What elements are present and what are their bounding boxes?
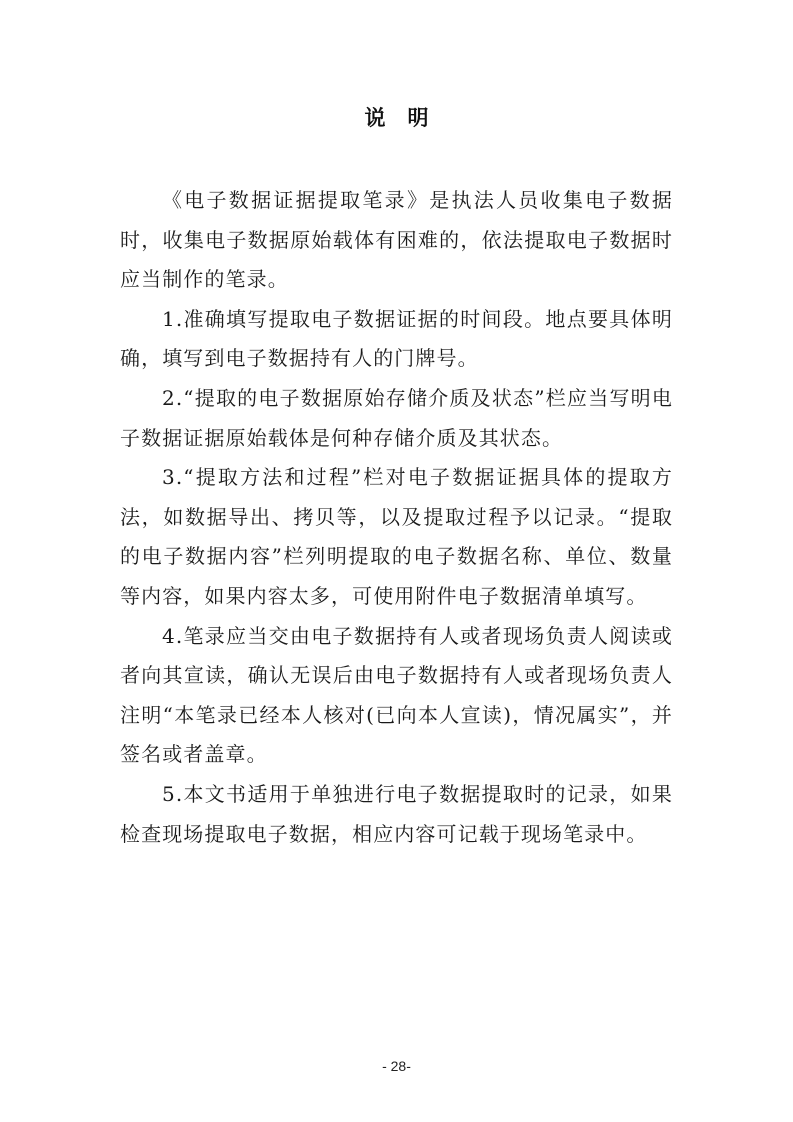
title-part-2: 明: [408, 106, 429, 130]
document-page: 说明 《电子数据证据提取笔录》是执法人员收集电子数据时，收集电子数据原始载体有困…: [0, 0, 793, 1122]
page-number: - 28-: [0, 1058, 793, 1074]
instruction-item-2: 2.“提取的电子数据原始存储介质及状态”栏应当写明电子数据证据原始载体是何种存储…: [120, 379, 673, 458]
instruction-item-1: 1.准确填写提取电子数据证据的时间段。地点要具体明确，填写到电子数据持有人的门牌…: [120, 300, 673, 379]
title-part-1: 说: [365, 106, 386, 130]
instruction-item-3: 3.“提取方法和过程”栏对电子数据证据具体的提取方法，如数据导出、拷贝等，以及提…: [120, 458, 673, 616]
page-title: 说明: [0, 104, 793, 132]
instructions-body: 《电子数据证据提取笔录》是执法人员收集电子数据时，收集电子数据原始载体有困难的，…: [120, 181, 673, 854]
intro-paragraph: 《电子数据证据提取笔录》是执法人员收集电子数据时，收集电子数据原始载体有困难的，…: [120, 181, 673, 300]
instruction-item-5: 5.本文书适用于单独进行电子数据提取时的记录，如果检查现场提取电子数据，相应内容…: [120, 775, 673, 854]
instruction-item-4: 4.笔录应当交由电子数据持有人或者现场负责人阅读或者向其宣读，确认无误后由电子数…: [120, 617, 673, 775]
